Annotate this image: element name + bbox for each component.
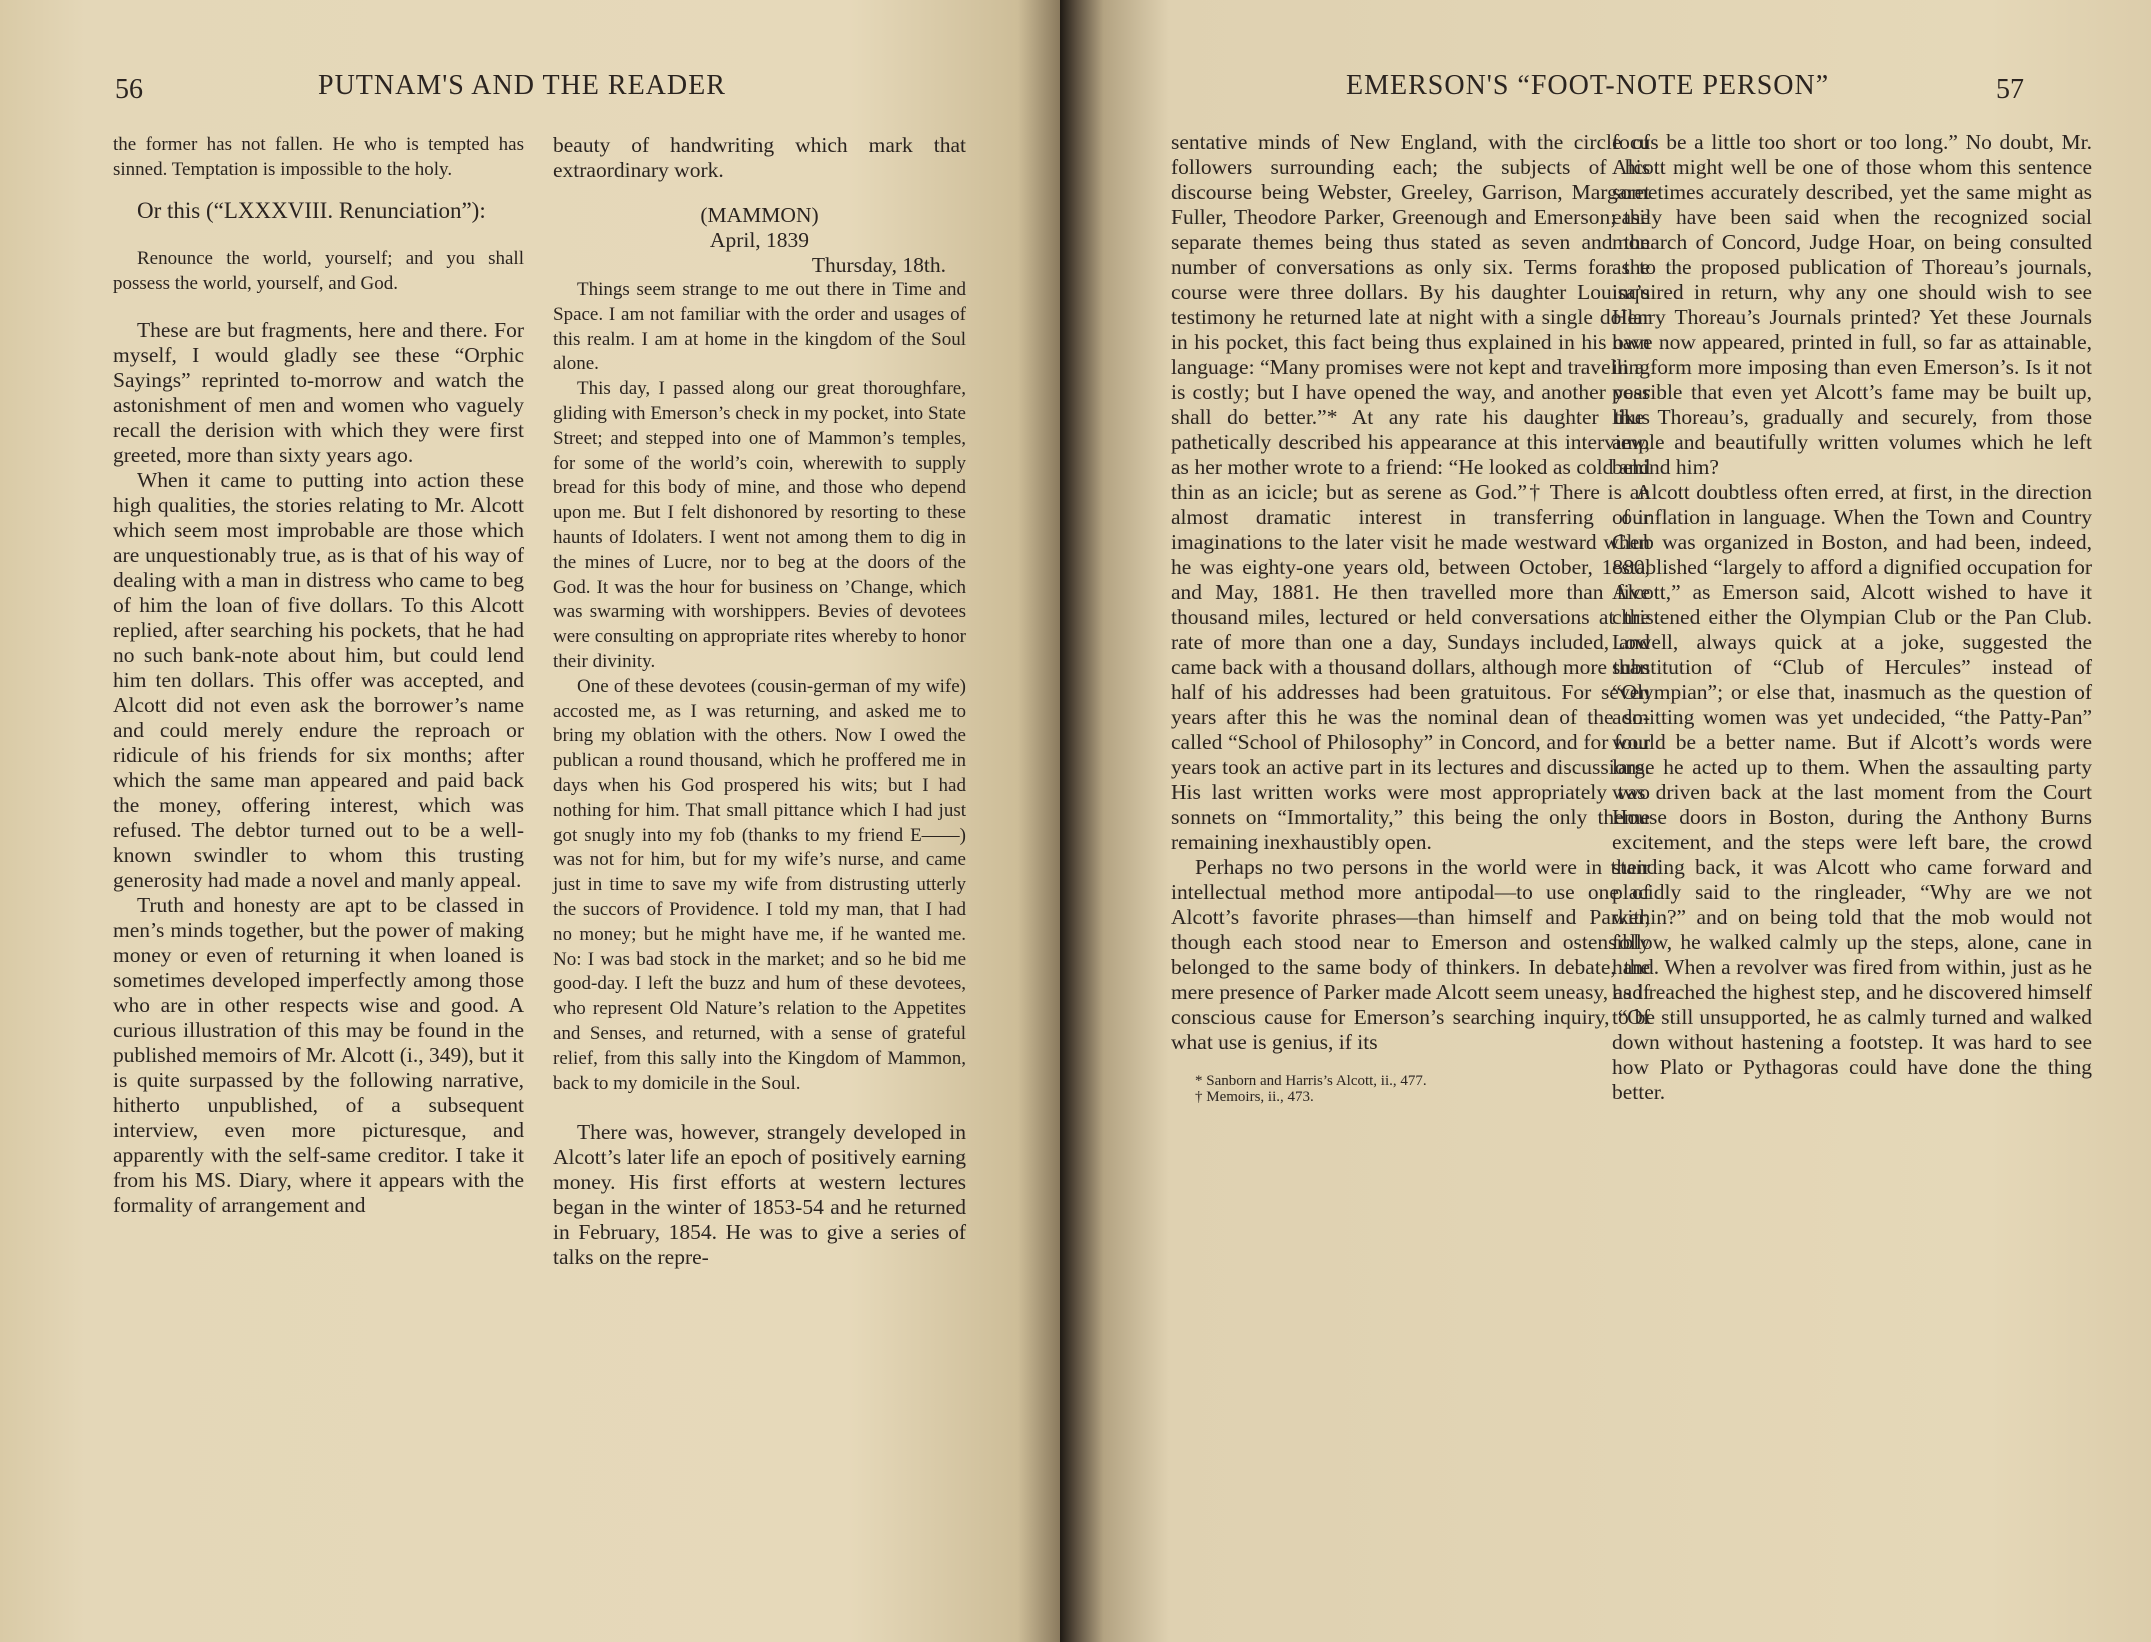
right-column-2: focus be a little too short or too long.… bbox=[1612, 130, 2092, 1105]
diary-paragraph: Things seem strange to me out there in T… bbox=[553, 278, 966, 377]
paragraph: sentative minds of New England, with the… bbox=[1171, 130, 1650, 855]
page-number: 57 bbox=[1996, 74, 2024, 106]
paragraph: the former has not fallen. He who is tem… bbox=[113, 133, 524, 183]
right-column-1: sentative minds of New England, with the… bbox=[1171, 130, 1650, 1105]
diary-paragraph: This day, I passed along our great thoro… bbox=[553, 377, 966, 675]
day-line: Thursday, 18th. bbox=[553, 253, 966, 278]
left-page: 56 PUTNAM'S AND THE READER the former ha… bbox=[0, 0, 1060, 1642]
right-page: EMERSON'S “FOOT-NOTE PERSON” 57 sentativ… bbox=[1060, 0, 2151, 1642]
running-head: PUTNAM'S AND THE READER bbox=[318, 70, 726, 102]
paragraph: When it came to putting into action thes… bbox=[113, 468, 524, 893]
diary-paragraph: One of these devotees (cousin-german of … bbox=[553, 675, 966, 1097]
paragraph: Alcott doubtless often erred, at first, … bbox=[1612, 480, 2092, 1105]
footnote: † Memoirs, ii., 473. bbox=[1171, 1089, 1650, 1105]
paragraph: Truth and honesty are apt to be classed … bbox=[113, 893, 524, 1218]
page-number: 56 bbox=[115, 74, 143, 106]
paragraph: Perhaps no two persons in the world were… bbox=[1171, 855, 1650, 1055]
paragraph: There was, however, strangely developed … bbox=[553, 1120, 966, 1270]
book-spread: 56 PUTNAM'S AND THE READER the former ha… bbox=[0, 0, 2151, 1642]
date-line: April, 1839 bbox=[553, 228, 966, 253]
left-column-1: the former has not fallen. He who is tem… bbox=[113, 133, 524, 1218]
running-head: EMERSON'S “FOOT-NOTE PERSON” bbox=[1346, 70, 1829, 102]
left-column-2: beauty of handwriting which mark that ex… bbox=[553, 133, 966, 1270]
footnote: * Sanborn and Harris’s Alcott, ii., 477. bbox=[1171, 1073, 1650, 1089]
paragraph: Or this (“LXXXVIII. Renunciation”): bbox=[113, 197, 524, 224]
paragraph: focus be a little too short or too long.… bbox=[1612, 130, 2092, 480]
block-quote: Renounce the world, yourself; and you sh… bbox=[113, 246, 524, 296]
paragraph: beauty of handwriting which mark that ex… bbox=[553, 133, 966, 183]
paragraph: These are but fragments, here and there.… bbox=[113, 318, 524, 468]
section-heading: (MAMMON) bbox=[553, 203, 966, 228]
